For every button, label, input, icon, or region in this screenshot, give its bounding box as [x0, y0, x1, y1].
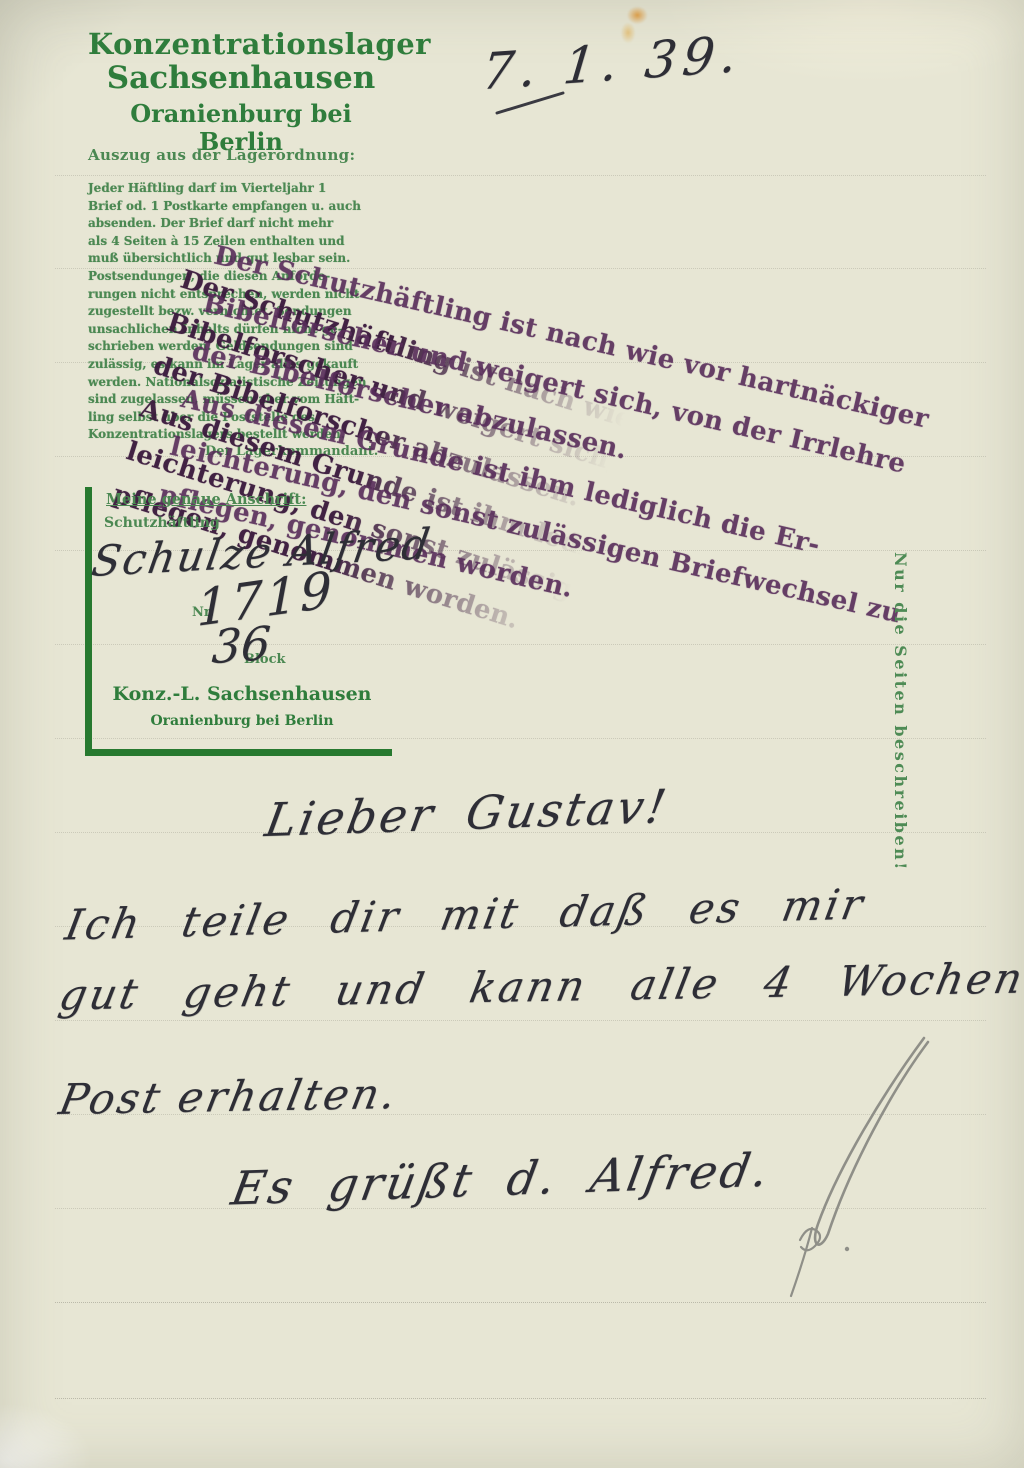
handwritten-block-number: 36 [210, 616, 272, 674]
letterhead-line1: Konzentrationslager [88, 28, 394, 61]
letterhead: Konzentrationslager Sachsenhausen Oranie… [88, 28, 394, 155]
letter-salutation: Lieber Gustav! [261, 779, 672, 847]
camp-name-print: Konz.-L. Sachsenhausen [92, 683, 392, 705]
letter-form-page: Konzentrationslager Sachsenhausen Oranie… [0, 0, 1024, 1468]
margin-note-vertical: Nur die Seiten beschreiben! [884, 552, 910, 924]
camp-rules-line: absenden. Der Brief darf nicht mehr [88, 215, 390, 233]
letter-body-line1: Ich teile dir mit daß es mir [62, 879, 870, 949]
handwritten-date: 7. 1. 39. [479, 25, 745, 102]
pencil-check-stroke [815, 1038, 928, 1245]
ruled-line [55, 1208, 986, 1209]
letter-body-line2: gut geht und kann alle 4 Wochen [55, 953, 1024, 1019]
letterhead-line2: Sachsenhausen [88, 61, 394, 97]
ruled-line [55, 1020, 986, 1021]
camp-rules-heading: Auszug aus der Lagerordnung: [88, 146, 355, 164]
camp-rules-line: Jeder Häftling darf im Vierteljahr 1 [88, 180, 390, 198]
ruled-line [55, 175, 986, 176]
pencil-hook-stroke [800, 1229, 820, 1250]
camp-town-print: Oranienburg bei Berlin [92, 713, 392, 729]
letter-closing-signature: Es grüßt d. Alfred. [227, 1142, 775, 1215]
pencil-tail-stroke [791, 1228, 812, 1296]
address-label: Meine genaue Anschrift: [106, 491, 306, 508]
camp-rules-line: Brief od. 1 Postkarte empfangen u. auch [88, 198, 390, 216]
pencil-dot [845, 1247, 849, 1251]
ruled-line [55, 1398, 986, 1399]
ruled-line [55, 1302, 986, 1303]
letter-body-line3: Post erhalten. [55, 1069, 403, 1124]
prisoner-type-label: Schutzhäftling [104, 515, 220, 531]
